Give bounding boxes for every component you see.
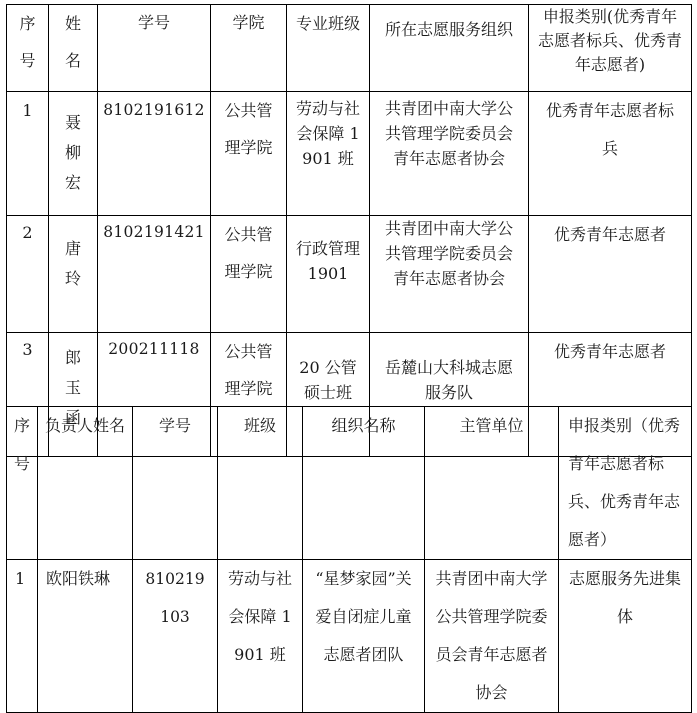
header-college: 学院 [211, 5, 287, 92]
cell-college: 公共管理学院 [211, 92, 287, 216]
cell-major-class: 行政管理 1901 [287, 216, 370, 333]
cell-name: 唐玲 [49, 216, 98, 333]
header-index: 序号 [7, 407, 38, 560]
header-name: 姓名 [49, 5, 98, 92]
table-row: 2 唐玲 8102191421 公共管理学院 行政管理 1901 共青团中南大学… [7, 216, 692, 333]
header-leader-name: 负责人姓名 [38, 407, 133, 560]
header-class: 班级 [218, 407, 303, 560]
cell-index: 1 [7, 560, 38, 713]
cell-category: 优秀青年志愿者标兵 [529, 92, 692, 216]
cell-category: 志愿服务先进集体 [559, 560, 692, 713]
cell-index: 2 [7, 216, 49, 333]
cell-organization: 共青团中南大学公共管理学院委员会青年志愿者协会 [370, 92, 529, 216]
table-header-row: 序号 姓名 学号 学院 专业班级 所在志愿服务组织 申报类别(优秀青年志愿者标兵… [7, 5, 692, 92]
cell-student-id: 8102191421 [98, 216, 211, 333]
header-student-id: 学号 [98, 5, 211, 92]
cell-college: 公共管理学院 [211, 216, 287, 333]
header-org-name: 组织名称 [303, 407, 425, 560]
cell-student-id: 8102191612 [98, 92, 211, 216]
table-row: 1 聂柳宏 8102191612 公共管理学院 劳动与社会保障 1901 班 共… [7, 92, 692, 216]
cell-supervisor: 共青团中南大学公共管理学院委员会青年志愿者协会 [425, 560, 559, 713]
cell-organization: 共青团中南大学公共管理学院委员会青年志愿者协会 [370, 216, 529, 333]
header-organization: 所在志愿服务组织 [370, 5, 529, 92]
header-category: 申报类别（优秀青年志愿者标兵、优秀青年志愿者） [559, 407, 692, 560]
group-awards-table: 序号 负责人姓名 学号 班级 组织名称 主管单位 申报类别（优秀青年志愿者标兵、… [6, 406, 692, 713]
header-category: 申报类别(优秀青年志愿者标兵、优秀青年志愿者) [529, 5, 692, 92]
cell-major-class: 劳动与社会保障 1901 班 [287, 92, 370, 216]
table-row: 1 欧阳铁琳 810219103 劳动与社会保障 1901 班 “星梦家园”关爱… [7, 560, 692, 713]
cell-leader-name: 欧阳铁琳 [38, 560, 133, 713]
cell-name: 聂柳宏 [49, 92, 98, 216]
cell-student-id: 810219103 [133, 560, 218, 713]
header-index: 序号 [7, 5, 49, 92]
cell-org-name: “星梦家园”关爱自闭症儿童志愿者团队 [303, 560, 425, 713]
header-major-class: 专业班级 [287, 5, 370, 92]
header-student-id: 学号 [133, 407, 218, 560]
cell-category: 优秀青年志愿者 [529, 216, 692, 333]
cell-index: 1 [7, 92, 49, 216]
table-header-row: 序号 负责人姓名 学号 班级 组织名称 主管单位 申报类别（优秀青年志愿者标兵、… [7, 407, 692, 560]
individual-awards-table: 序号 姓名 学号 学院 专业班级 所在志愿服务组织 申报类别(优秀青年志愿者标兵… [6, 4, 692, 457]
cell-class: 劳动与社会保障 1901 班 [218, 560, 303, 713]
header-supervisor: 主管单位 [425, 407, 559, 560]
